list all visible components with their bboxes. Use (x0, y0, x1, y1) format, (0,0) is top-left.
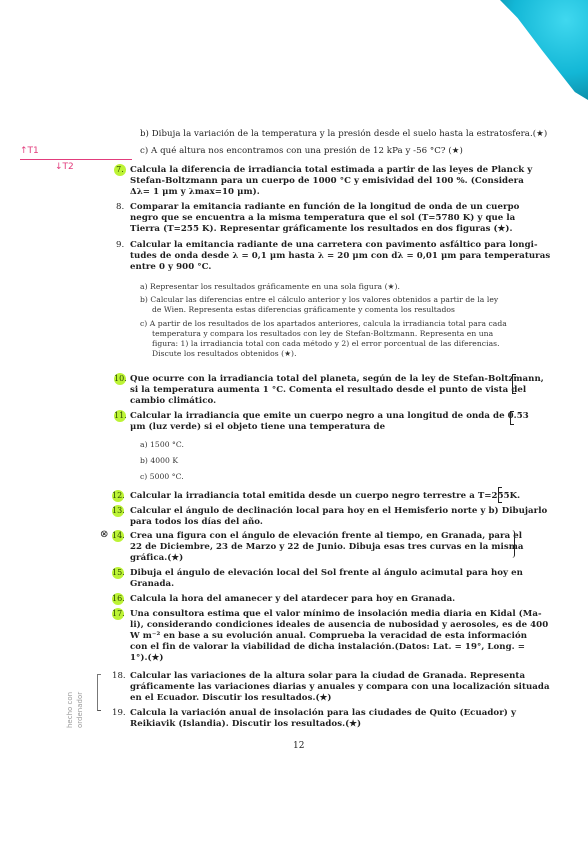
q17-line: con el fin de valorar la viabilidad de d… (130, 642, 525, 653)
question-number: 10. (114, 373, 126, 385)
question-number: 19. (112, 708, 126, 719)
question-number: 9. (116, 240, 124, 251)
q11-line: Calcular la irradiancia que emite un cue… (130, 411, 529, 422)
q14-line: gráfica.(★) (130, 553, 183, 564)
page-corner-shadow (478, 0, 588, 100)
q15-line: Granada. (130, 579, 174, 590)
question-number: 17. (112, 608, 124, 620)
q9-c: figura: 1) la irradiancia total con cada… (152, 339, 500, 350)
q13-line: Calcular el ángulo de declinación local … (130, 506, 547, 517)
document-page: ↑T1 ↓T2 b) Dibuja la variación de la tem… (0, 0, 588, 848)
q8-line: Tierra (T=255 K). Representar gráficamen… (130, 224, 513, 235)
q9-c: Discute los resultados obtenidos (★). (152, 349, 297, 360)
q9-c: temperatura y compara los resultados con… (152, 329, 493, 340)
question-number: 16. (112, 593, 124, 605)
pen-bracket (512, 374, 516, 394)
q12-line: Calcular la irradiancia total emitida de… (130, 491, 520, 502)
q9-b: de Wien. Representa estas diferencias gr… (152, 305, 455, 316)
q17-line: li), considerando condiciones ideales de… (130, 620, 548, 631)
q7-line: Calcula la diferencia de irradiancia tot… (130, 165, 532, 176)
q17-line: 1°).(★) (130, 653, 164, 664)
q11-b: b) 4000 K (140, 456, 178, 467)
pen-brace (512, 530, 515, 558)
q9-a: a) Representar los resultados gráficamen… (140, 282, 400, 293)
pencil-bracket (97, 674, 101, 711)
question-number: 15. (112, 567, 124, 579)
q9-b: b) Calcular las diferencias entre el cál… (140, 295, 498, 306)
q18-line: gráficamente las variaciones diarias y a… (130, 682, 550, 693)
question-number: 11. (114, 410, 126, 422)
q11-line: μm (luz verde) si el objeto tiene una te… (130, 422, 385, 433)
pencil-note: hecho con (66, 692, 74, 728)
pen-bracket (498, 487, 502, 503)
item-c: c) A qué altura nos encontramos con una … (140, 146, 463, 157)
item-b: b) Dibuja la variación de la temperatura… (140, 129, 547, 140)
pen-bracket (510, 411, 514, 425)
q10-line: si la temperatura aumenta 1 °C. Comenta … (130, 385, 526, 396)
q9-line: tudes de onda desde λ = 0,1 μm hasta λ =… (130, 251, 550, 262)
question-number: 7. (114, 164, 126, 176)
q9-line: entre 0 y 900 °C. (130, 262, 211, 273)
q16-line: Calcula la hora del amanecer y del atard… (130, 594, 455, 605)
q10-line: Que ocurre con la irradiancia total del … (130, 374, 544, 385)
q7-line: Δλ= 1 μm y λmax=10 μm). (130, 187, 260, 198)
q19-line: Calcula la variación anual de insolación… (130, 708, 516, 719)
question-number: 18. (112, 671, 126, 682)
question-number: 13. (112, 505, 124, 517)
q17-line: Una consultora estima que el valor mínim… (130, 609, 542, 620)
question-number: 14. (112, 530, 124, 542)
annotation-t2: ↓T2 (55, 162, 74, 172)
q18-line: Calcular las variaciones de la altura so… (130, 671, 525, 682)
q11-a: a) 1500 °C. (140, 440, 184, 451)
annotation-t1: ↑T1 (20, 146, 39, 156)
q9-line: Calcular la emitancia radiante de una ca… (130, 240, 538, 251)
pencil-note: ordenador (76, 692, 84, 728)
annotation-divider-line (20, 159, 132, 160)
q15-line: Dibuja el ángulo de elevación local del … (130, 568, 523, 579)
q8-line: negro que se encuentra a la misma temper… (130, 213, 515, 224)
q11-c: c) 5000 °C. (140, 472, 184, 483)
q17-line: W m⁻² en base a su evolución anual. Comp… (130, 631, 527, 642)
question-number: 8. (116, 202, 124, 213)
question-number: 12. (112, 490, 124, 502)
q9-c: c) A partir de los resultados de los apa… (140, 319, 507, 330)
q18-line: en el Ecuador. Discutir los resultados.(… (130, 693, 332, 704)
q14-line: Crea una figura con el ángulo de elevaci… (130, 531, 522, 542)
q14-line: 22 de Diciembre, 23 de Marzo y 22 de Jun… (130, 542, 524, 553)
cross-circle-icon: ⊗ (100, 529, 108, 540)
q19-line: Reikiavik (Islandia). Discutir los resul… (130, 719, 361, 730)
q7-line: Stefan-Boltzmann para un cuerpo de 1000 … (130, 176, 524, 187)
q10-line: cambio climático. (130, 396, 216, 407)
q13-line: para todos los días del año. (130, 517, 263, 528)
page-number: 12 (293, 741, 304, 751)
q8-line: Comparar la emitancia radiante en funció… (130, 202, 519, 213)
